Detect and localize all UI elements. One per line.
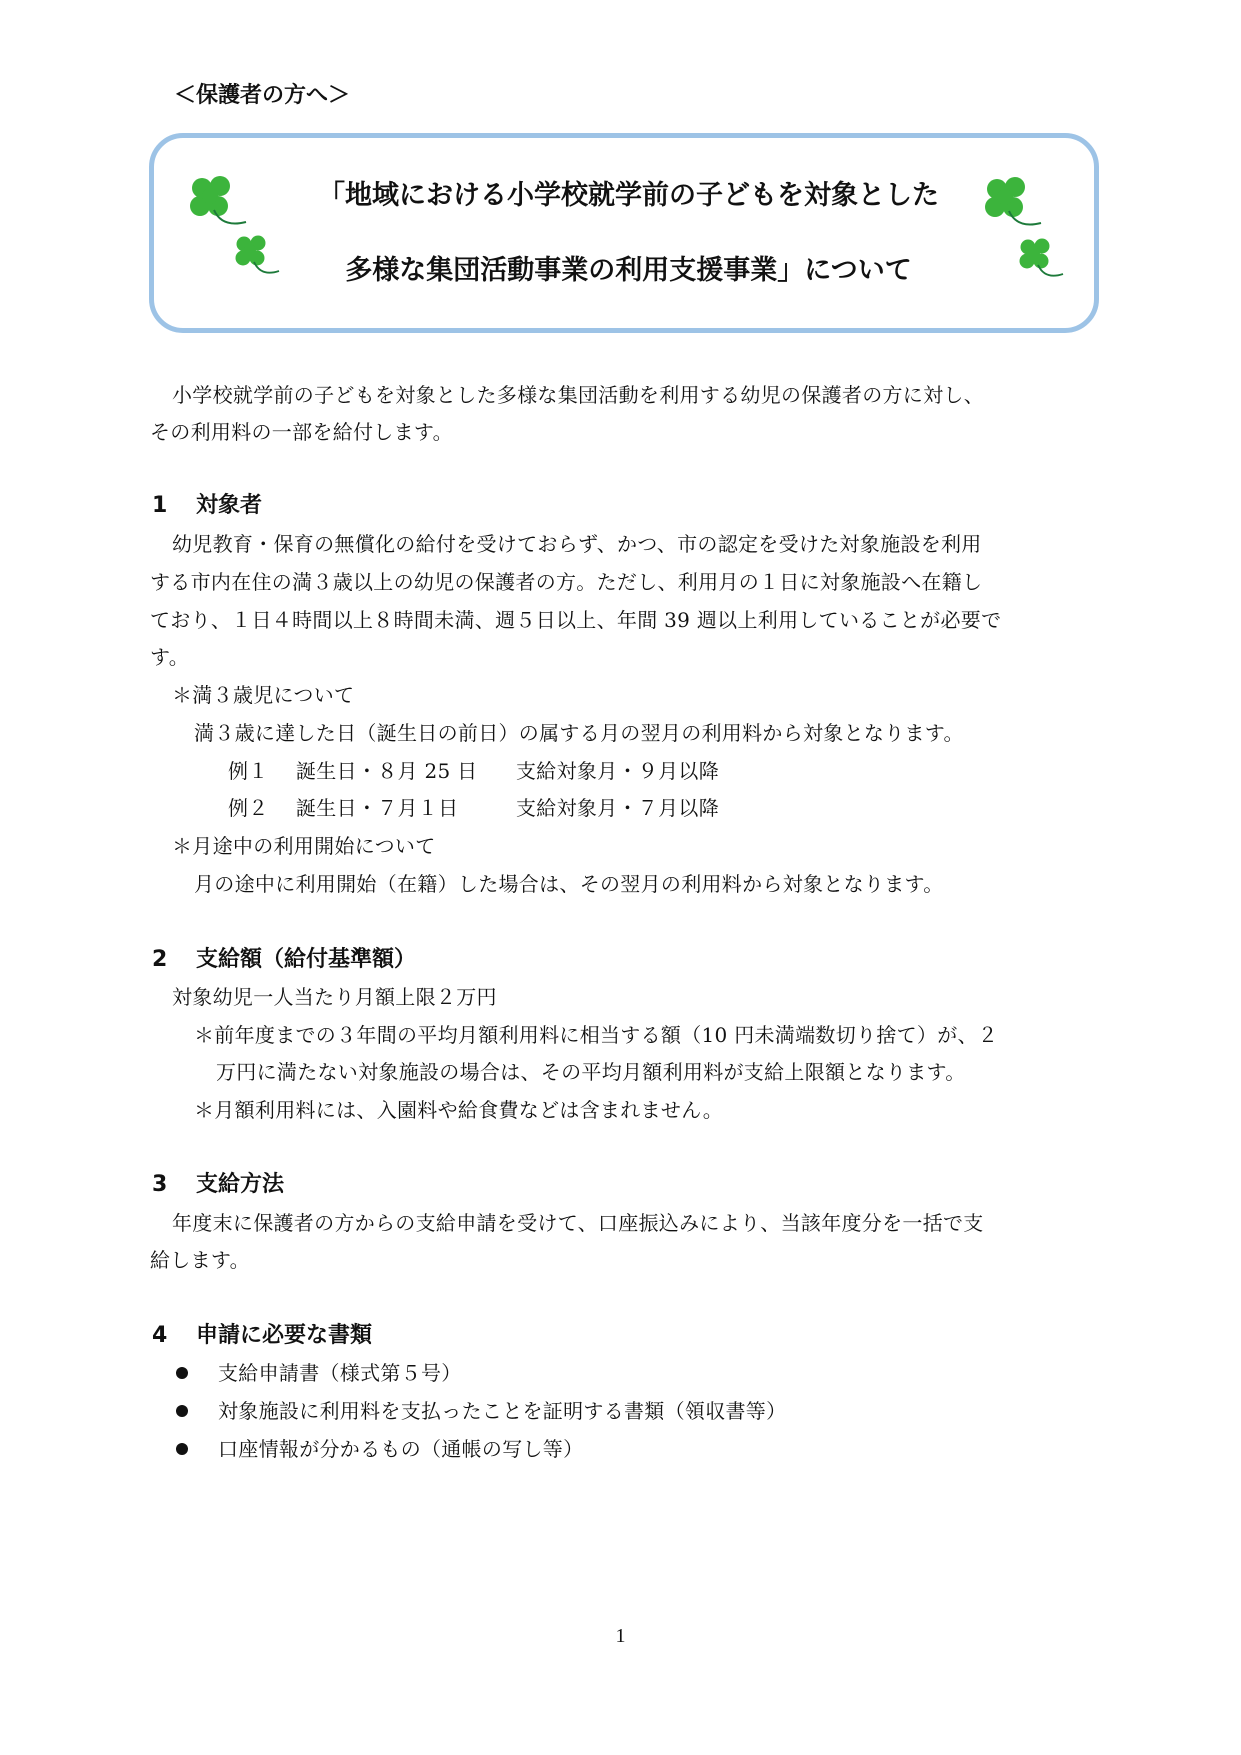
document-page: ＜保護者の方へ＞ 「地域にお	[0, 0, 1241, 1755]
example-target-month: 支給対象月・９月以降	[516, 759, 719, 783]
example-birthday: 誕生日・７月１日	[296, 796, 516, 820]
section-3-body-line: 給します。	[150, 1248, 250, 1272]
audience-label: ＜保護者の方へ＞	[174, 83, 350, 109]
note-text-age3: 満３歳に達した日（誕生日の前日）の属する月の翌月の利用料から対象となります。	[194, 721, 964, 745]
section-2-note-line: ＊月額利用料には、入園料や給食費などは含まれません。	[194, 1098, 723, 1122]
example-label: 例１	[228, 759, 296, 783]
example-row-2: 例２誕生日・７月１日支給対象月・７月以降	[228, 796, 719, 820]
section-1-body-line: 幼児教育・保育の無償化の給付を受けておらず、かつ、市の認定を受けた対象施設を利用	[172, 532, 982, 556]
intro-paragraph-line: その利用料の一部を給付します。	[150, 420, 453, 444]
section-1-body-line: す。	[150, 645, 189, 669]
example-label: 例２	[228, 796, 296, 820]
section-heading-2: 2支給額（給付基準額）	[152, 947, 416, 973]
example-row-1: 例１誕生日・８月 25 日支給対象月・９月以降	[228, 759, 719, 783]
document-title-line-1: 「地域における小学校就学前の子どもを対象とした	[0, 180, 1241, 212]
document-title-line-2: 多様な集団活動事業の利用支援事業」について	[0, 255, 1241, 287]
required-document-item: 支給申請書（様式第５号）	[218, 1361, 462, 1385]
section-heading-4: 4申請に必要な書類	[152, 1323, 372, 1349]
required-document-item: 口座情報が分かるもの（通帳の写し等）	[218, 1437, 583, 1461]
section-2-note-line: 万円に満たない対象施設の場合は、その平均月額利用料が支給上限額となります。	[216, 1060, 966, 1084]
intro-paragraph-line: 小学校就学前の子どもを対象とした多様な集団活動を利用する幼児の保護者の方に対し、	[172, 383, 984, 407]
example-birthday: 誕生日・８月 25 日	[296, 759, 516, 783]
bullet-icon	[176, 1405, 188, 1417]
example-target-month: 支給対象月・７月以降	[516, 796, 719, 820]
bullet-icon	[176, 1443, 188, 1455]
section-3-body-line: 年度末に保護者の方からの支給申請を受けて、口座振込みにより、当該年度分を一括で支	[172, 1211, 984, 1235]
note-heading-age3: ＊満３歳児について	[172, 683, 354, 707]
required-document-item: 対象施設に利用料を支払ったことを証明する書類（領収書等）	[218, 1399, 786, 1423]
title-box	[149, 133, 1099, 333]
note-text-mid-month: 月の途中に利用開始（在籍）した場合は、その翌月の利用料から対象となります。	[194, 872, 944, 896]
bullet-icon	[176, 1367, 188, 1379]
section-heading-3: 3支給方法	[152, 1172, 284, 1198]
section-heading-1: 1対象者	[152, 493, 262, 519]
section-title: 支給方法	[196, 1172, 284, 1197]
section-1-body-line: ており、１日４時間以上８時間未満、週５日以上、年間 39 週以上利用していること…	[150, 608, 1001, 632]
section-title: 対象者	[196, 493, 262, 518]
section-number: 2	[152, 947, 196, 973]
section-title: 支給額（給付基準額）	[196, 947, 416, 972]
section-1-body-line: する市内在住の満３歳以上の幼児の保護者の方。ただし、利用月の１日に対象施設へ在籍…	[150, 570, 982, 594]
section-2-body-line: 対象幼児一人当たり月額上限２万円	[172, 985, 497, 1009]
section-number: 4	[152, 1323, 196, 1349]
section-number: 3	[152, 1172, 196, 1198]
section-title: 申請に必要な書類	[196, 1323, 372, 1348]
section-2-note-line: ＊前年度までの３年間の平均月額利用料に相当する額（10 円未満端数切り捨て）が、…	[194, 1023, 998, 1047]
section-number: 1	[152, 493, 196, 519]
page-number: 1	[0, 1625, 1241, 1648]
note-heading-mid-month: ＊月途中の利用開始について	[172, 834, 436, 858]
